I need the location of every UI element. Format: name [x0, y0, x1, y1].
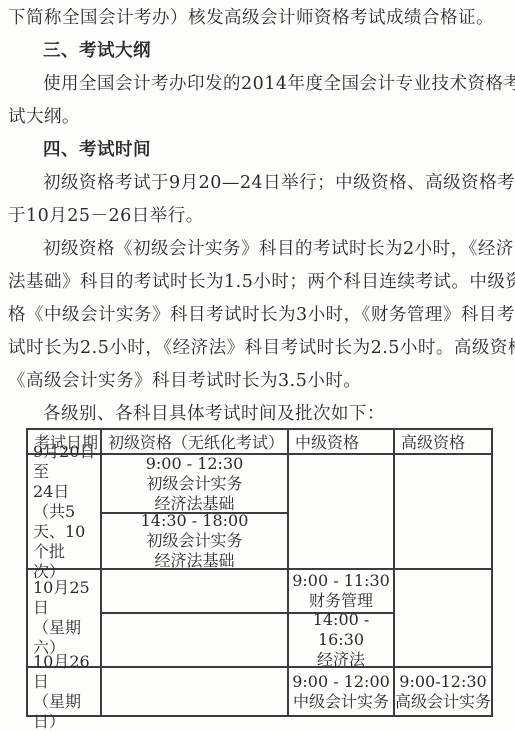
date-line: 10月26日 [33, 652, 100, 692]
table-caption-line: 各级别、各科目具体考试时间及批次如下： [8, 398, 509, 431]
header-senior-level: 高级资格 [395, 430, 491, 453]
section-heading-exam-outline: 三、考试大纲 [8, 35, 509, 68]
paragraph-line: 于10月25－26日举行。 [8, 200, 509, 233]
session-subject: 经济法 [289, 650, 393, 670]
session-time: 9:00 - 11:30 [289, 571, 393, 591]
section-heading-exam-time: 四、考试时间 [8, 134, 509, 167]
session-subject: 高级会计实务 [395, 692, 491, 712]
cell-intermediate-oct26-session: 9:00 - 12:00 中级会计实务 [289, 668, 393, 715]
session-time: 9:00 - 12:30 [102, 454, 287, 474]
paragraph-line: 试时长为2.5小时，《经济法》科目考试时长为2.5小时。高级资格 [8, 332, 509, 365]
header-intermediate-level: 中级资格 [289, 430, 393, 453]
paragraph-line: 《高级会计实务》科目考试时长为3.5小时。 [8, 365, 509, 398]
cell-date-oct26: 10月26日 （星期日） [28, 668, 100, 715]
session-subject: 中级会计实务 [289, 692, 393, 712]
session-subject: 初级会计实务 [102, 531, 287, 551]
paragraph-line: 下简称全国会计考办）核发高级会计师资格考试成绩合格证。 [8, 2, 509, 35]
cell-junior-afternoon-session: 14:30 - 18:00 初级会计实务 经济法基础 [102, 514, 287, 568]
date-line: 9月20日至 [33, 442, 100, 482]
cell-intermediate-morning-session: 9:00 - 11:30 财务管理 [289, 570, 393, 612]
session-subject: 初级会计实务 [102, 474, 287, 494]
date-line: 天、10个批 [33, 522, 100, 562]
document-page: 下简称全国会计考办）核发高级会计师资格考试成绩合格证。 三、考试大纲 使用全国会… [0, 0, 515, 732]
paragraph-line: 初级资格《初级会计实务》科目的考试时长为2小时，《经济 [8, 233, 509, 266]
header-junior-level: 初级资格（无纸化考试） [102, 430, 287, 453]
session-time: 9:00-12:30 [395, 672, 491, 692]
paragraph-line: 法基础》科目的考试时长为1.5小时；两个科目连续考试。中级资 [8, 266, 509, 299]
date-line: （星期日） [33, 692, 100, 732]
session-time: 9:00 - 12:00 [289, 672, 393, 692]
session-time: 14:30 - 18:00 [102, 511, 287, 531]
date-line: 24日（共5 [33, 482, 100, 522]
cell-senior-oct26-session: 9:00-12:30 高级会计实务 [395, 668, 491, 715]
cell-intermediate-afternoon-session: 14:00 - 16:30 经济法 [289, 614, 393, 666]
paragraph-line: 试大纲。 [8, 101, 509, 134]
cell-date-sep20-24: 9月20日至 24日（共5 天、10个批 次） [28, 455, 100, 568]
session-time: 14:00 - 16:30 [289, 610, 393, 650]
exam-schedule-table: 考试日期 初级资格（无纸化考试） 中级资格 高级资格 9月20日至 24日（共5… [26, 428, 493, 717]
paragraph-line: 初级资格考试于9月20—24日举行；中级资格、高级资格考试 [8, 167, 509, 200]
body-text: 下简称全国会计考办）核发高级会计师资格考试成绩合格证。 三、考试大纲 使用全国会… [0, 0, 515, 431]
paragraph-line: 格《中级会计实务》科目考试时长为3小时，《财务管理》科目考 [8, 299, 509, 332]
cell-junior-morning-session: 9:00 - 12:30 初级会计实务 经济法基础 [102, 455, 287, 512]
session-subject: 财务管理 [289, 591, 393, 611]
date-line: 10月25日 [33, 578, 100, 618]
session-subject: 经济法基础 [102, 551, 287, 571]
paragraph-line: 使用全国会计考办印发的2014年度全国会计专业技术资格考 [8, 68, 509, 101]
